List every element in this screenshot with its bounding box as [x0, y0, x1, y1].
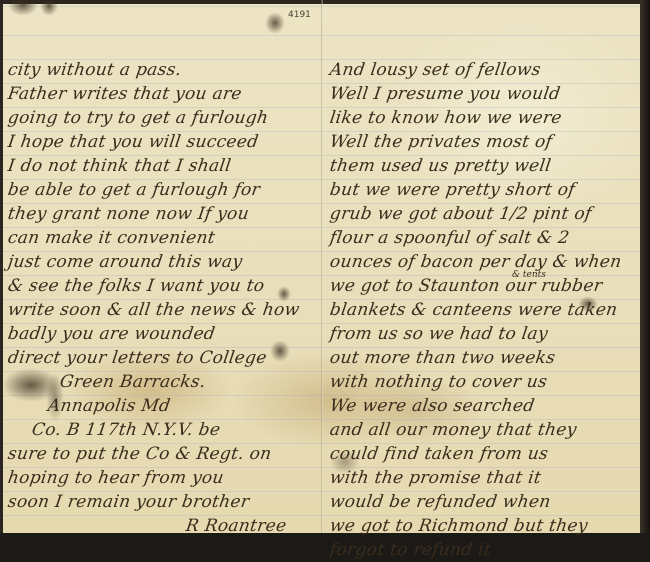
address-line: Co. B 117th N.Y.V. be	[6, 418, 319, 442]
text-line: just come around this way	[6, 250, 319, 274]
text-line: flour a spoonful of salt & 2	[328, 226, 639, 250]
text-line: soon I remain your brother	[6, 490, 319, 514]
text-line: them used us pretty well	[328, 154, 639, 178]
signature: R Roantree	[6, 514, 319, 533]
scan-edge-left	[0, 0, 3, 533]
text-line: could find taken from us	[328, 442, 639, 466]
text-line: and all our money that they	[328, 418, 639, 442]
text-line: we got to Staunton our rubber	[328, 274, 639, 298]
text-line: with nothing to cover us	[328, 370, 639, 394]
text-line: hoping to hear from you	[6, 466, 319, 490]
text-line: out more than two weeks	[328, 346, 639, 370]
text-line: they grant none now If you	[6, 202, 319, 226]
text-line: Well the privates most of	[328, 130, 639, 154]
text-line: but we were pretty short of	[328, 178, 639, 202]
page-fold	[321, 0, 323, 533]
text-line: Well I presume you would	[328, 82, 639, 106]
letter-scan: 4191 city without a pass. Father writes …	[0, 0, 650, 533]
text-line: can make it convenient	[6, 226, 319, 250]
text-line: city without a pass.	[6, 58, 319, 82]
right-page: And lousy set of fellows Well I presume …	[330, 58, 638, 533]
scan-edge-right	[640, 0, 650, 533]
text-line: going to try to get a furlough	[6, 106, 319, 130]
ink-stain	[265, 12, 285, 34]
text-line: grub we got about 1/2 pint of	[328, 202, 639, 226]
text-line: & see the folks I want you to	[6, 274, 319, 298]
insertion-note: & tents	[512, 270, 546, 280]
address-line: Green Barracks.	[6, 370, 319, 394]
text-line: would be refunded when	[328, 490, 639, 514]
text-line: I hope that you will succeed	[6, 130, 319, 154]
text-line: badly you are wounded	[6, 322, 319, 346]
address-line: Annapolis Md	[6, 394, 319, 418]
text-line: with the promise that it	[328, 466, 639, 490]
text-line: Father writes that you are	[6, 82, 319, 106]
text-line: ounces of bacon per day & when	[328, 250, 639, 274]
text-line: I do not think that I shall	[6, 154, 319, 178]
text-line: We were also searched	[328, 394, 639, 418]
text-line: like to know how we were	[328, 106, 639, 130]
scan-edge-top	[0, 0, 650, 4]
text-line: And lousy set of fellows	[328, 58, 639, 82]
text-line: blankets & canteens were taken	[328, 298, 639, 322]
text-line: direct your letters to College	[6, 346, 319, 370]
left-page: city without a pass. Father writes that …	[8, 58, 318, 533]
archive-number: 4191	[288, 10, 311, 20]
text-line: write soon & all the news & how	[6, 298, 319, 322]
text-line: we got to Richmond but they	[328, 514, 639, 533]
text-line: sure to put the Co & Regt. on	[6, 442, 319, 466]
text-line: be able to get a furlough for	[6, 178, 319, 202]
text-line: from us so we had to lay	[328, 322, 639, 346]
